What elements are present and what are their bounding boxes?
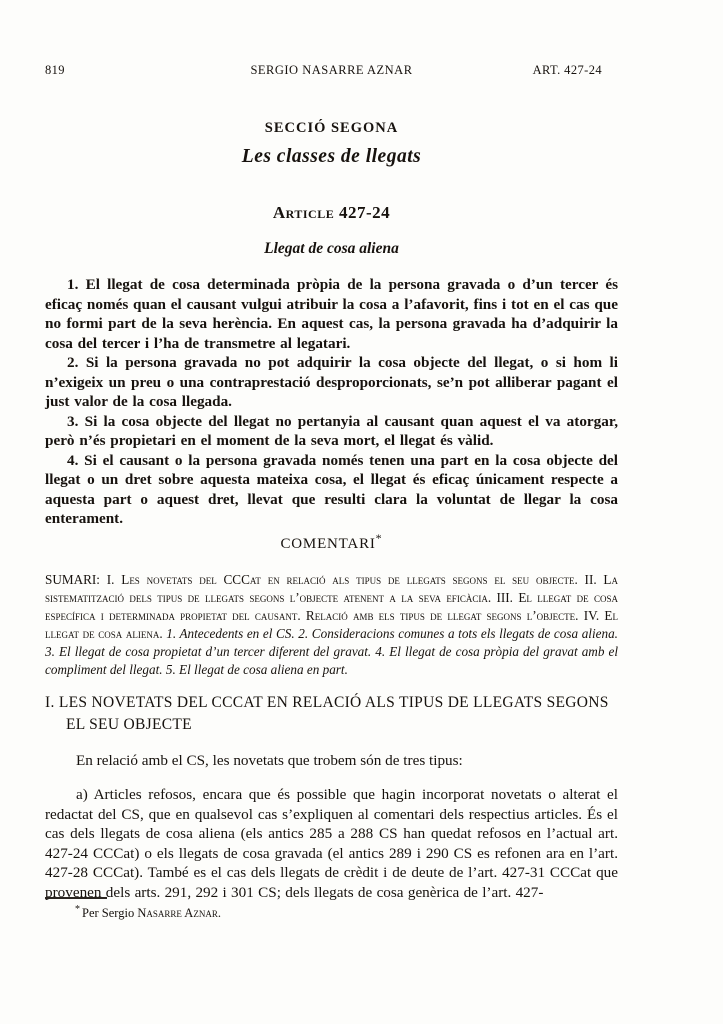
- footnote-rule: [45, 897, 107, 899]
- section-i-number: I.: [45, 694, 55, 711]
- item-a-paragraph: a) Articles refosos, encara que és possi…: [45, 785, 618, 902]
- article-text: 1. El llegat de cosa determinada pròpia …: [45, 275, 618, 529]
- section-i-heading: I. LES NOVETATS DEL CCCAT EN RELACIÓ ALS…: [45, 692, 618, 736]
- article-paragraph-4: 4. Si el causant o la persona gravada no…: [45, 451, 618, 529]
- intro-paragraph: En relació amb el CS, les novetats que t…: [45, 751, 618, 771]
- commentary-heading-text: COMENTARI: [281, 536, 376, 552]
- article-subtitle: Llegat de cosa aliena: [45, 240, 618, 258]
- sumari: SUMARI: I. Les novetats del CCCat en rel…: [45, 571, 618, 679]
- document-page: 819 SERGIO NASARRE AZNAR ART. 427-24 SEC…: [0, 0, 723, 1024]
- commentary-footnote-marker: *: [376, 531, 383, 545]
- section-i-text: LES NOVETATS DEL CCCAT EN RELACIÓ ALS TI…: [59, 694, 609, 733]
- running-article: ART. 427-24: [533, 63, 602, 78]
- section-kicker: SECCIÓ SEGONA: [45, 120, 618, 137]
- article-paragraph-3: 3. Si la cosa objecte del llegat no pert…: [45, 412, 618, 451]
- footnote-text: Per Sergio Nasarre Aznar.: [82, 906, 221, 920]
- footnote-block: *Per Sergio Nasarre Aznar.: [45, 897, 618, 921]
- section-title: Les classes de llegats: [45, 146, 618, 168]
- commentary-heading: COMENTARI*: [45, 536, 618, 553]
- footnote: *Per Sergio Nasarre Aznar.: [45, 906, 618, 921]
- article-paragraph-1: 1. El llegat de cosa determinada pròpia …: [45, 275, 618, 353]
- article-paragraph-2: 2. Si la persona gravada no pot adquirir…: [45, 353, 618, 412]
- article-heading: Article 427-24: [45, 203, 618, 223]
- running-header: 819 SERGIO NASARRE AZNAR ART. 427-24: [45, 63, 618, 79]
- footnote-marker: *: [75, 904, 80, 915]
